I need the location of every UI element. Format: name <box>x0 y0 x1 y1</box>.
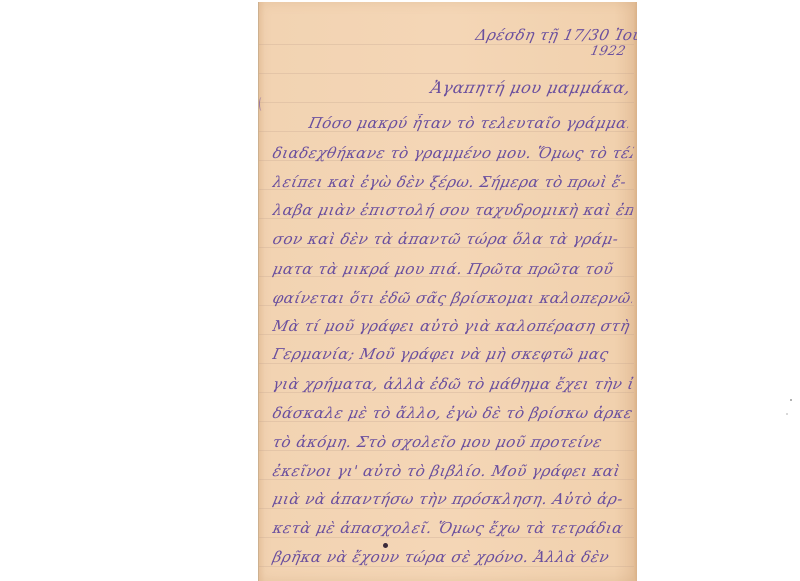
letter-date: Δρέσδη τῇ 17/30 Ἰουλίου <box>474 26 637 44</box>
body-line: σον καὶ δὲν τὰ ἀπαντῶ τώρα ὅλα τὰ γράμ- <box>271 230 635 248</box>
body-line: διαδεχθήκανε τὸ γραμμένο μου. Ὅμως τὸ τέ… <box>271 144 635 162</box>
letter-page: Δρέσδη τῇ 17/30 Ἰουλίου 1922 Ἀγαπητή μου… <box>258 2 637 581</box>
margin-ink-mark <box>259 97 264 111</box>
letter-year: 1922 <box>589 44 627 59</box>
body-line: μιὰ νὰ ἀπαντήσω τὴν πρόσκληση. Αὐτὸ ἀρ- <box>271 490 635 508</box>
ink-blot <box>383 543 388 548</box>
body-line: τὸ ἀκόμη. Στὸ σχολεῖο μου μοῦ προτείνε <box>271 433 635 451</box>
body-line: γιὰ χρήματα, ἀλλὰ ἐδῶ τὸ μάθημα ἔχει τὴν… <box>271 375 635 393</box>
body-line: βρῆκα νὰ ἔχουν τώρα σὲ χρόνο. Ἀλλὰ δὲν <box>271 548 635 566</box>
body-line: φαίνεται ὅτι ἐδῶ σᾶς βρίσκομαι καλοπερνῶ… <box>271 289 635 307</box>
body-line: λείπει καὶ ἐγὼ δὲν ξέρω. Σήμερα τὸ πρωὶ … <box>271 173 635 191</box>
body-line: ματα τὰ μικρά μου πιά. Πρῶτα πρῶτα τοῦ <box>271 260 635 278</box>
page-edge <box>634 2 637 581</box>
document-scan: Δρέσδη τῇ 17/30 Ἰουλίου 1922 Ἀγαπητή μου… <box>0 0 800 581</box>
body-line: Μὰ τί μοῦ γράφει αὐτὸ γιὰ καλοπέραση στὴ <box>271 317 635 335</box>
body-line: ἐκεῖνοι γι' αὐτὸ τὸ βιβλίο. Μοῦ γράφει κ… <box>271 462 635 480</box>
scan-speck <box>790 399 792 401</box>
body-line: λαβα μιὰν ἐπιστολή σου ταχυδρομικὴ καὶ ἐ… <box>271 201 635 219</box>
letter-salutation: Ἀγαπητή μου μαμμάκα, <box>429 78 633 97</box>
scan-speck <box>786 413 788 415</box>
body-line: Γερμανία; Μοῦ γράφει νὰ μὴ σκεφτῶ μας <box>271 345 635 363</box>
body-line: κετὰ μὲ ἀπασχολεῖ. Ὅμως ἔχω τὰ τετράδια <box>271 519 635 537</box>
body-line: δάσκαλε μὲ τὸ ἄλλο, ἐγὼ δὲ τὸ βρίσκω ἀρκ… <box>271 404 635 422</box>
body-line: Πόσο μακρύ ἦταν τὸ τελευταῖο γράμμα! Τὸ <box>307 114 631 132</box>
